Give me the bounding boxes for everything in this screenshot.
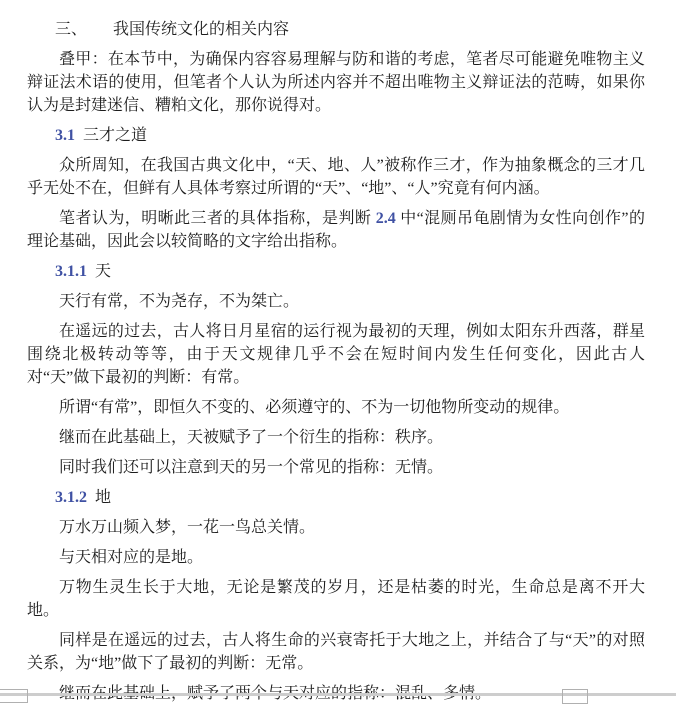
heading-3-1-2: 3.1.2地 [27,486,645,509]
page-corner-mark-right [562,689,588,704]
paragraph-di-history: 同样是在遥远的过去，古人将生命的兴衰寄托于大地之上，并结合了与“天”的对照关系，… [27,629,645,675]
heading-3-1-title: 三才之道 [83,127,147,144]
paragraph-tian-order: 继而在此基础上，天被赋予了一个衍生的指称：秩序。 [27,426,645,449]
heading-3-1-2-title: 地 [95,489,111,506]
paragraph-di-poem: 万水万山频入梦，一花一鸟总关情。 [27,516,645,539]
heading-section-main-number: 三、 [55,21,87,38]
heading-3-1-1-title: 天 [95,263,111,280]
heading-section-main: 三、我国传统文化的相关内容 [27,18,645,41]
heading-3-1-1-number: 3.1.1 [55,263,87,280]
heading-3-1-2-number: 3.1.2 [55,489,87,506]
paragraph-di-intro: 与天相对应的是地。 [27,546,645,569]
paragraph-tian-wuqing: 同时我们还可以注意到天的另一个常见的指称：无情。 [27,456,645,479]
heading-3-1: 3.1三才之道 [27,124,645,147]
paragraph-sancai-intro: 众所周知，在我国古典文化中，“天、地、人”被称作三才，作为抽象概念的三才几乎无处… [27,154,645,200]
paragraph-tianxing-quote: 天行有常，不为尧存，不为桀亡。 [27,290,645,313]
paragraph-youchang-definition: 所谓“有常”，即恒久不变的、必须遵守的、不为一切他物所变动的规律。 [27,396,645,419]
paragraph-tian-history: 在遥远的过去，古人将日月星宿的运行视为最初的天理，例如太阳东升西落，群星围绕北极… [27,320,645,389]
heading-3-1-1: 3.1.1天 [27,260,645,283]
paragraph-disclaimer: 叠甲：在本节中，为确保内容容易理解与防和谐的考虑，笔者尽可能避免唯物主义辩证法术… [27,48,645,117]
paragraph-di-life: 万物生灵生长于大地，无论是繁茂的岁月，还是枯萎的时光，生命总是离不开大地。 [27,576,645,622]
document-page: 三、我国传统文化的相关内容 叠甲：在本节中，为确保内容容易理解与防和谐的考虑，笔… [0,0,676,705]
word-document-view: 三、我国传统文化的相关内容 叠甲：在本节中，为确保内容容易理解与防和谐的考虑，笔… [0,0,676,707]
cross-reference-number: 2.4 [376,210,396,227]
paragraph-theory-basis-pre: 笔者认为，明晰此三者的具体指称，是判断 [59,210,376,227]
heading-section-main-title: 我国传统文化的相关内容 [113,21,289,38]
page-corner-mark-left [0,689,28,703]
heading-3-1-number: 3.1 [55,127,75,144]
paragraph-theory-basis: 笔者认为，明晰此三者的具体指称，是判断 2.4 中“混厕吊龟剧情为女性向创作”的… [27,207,645,253]
